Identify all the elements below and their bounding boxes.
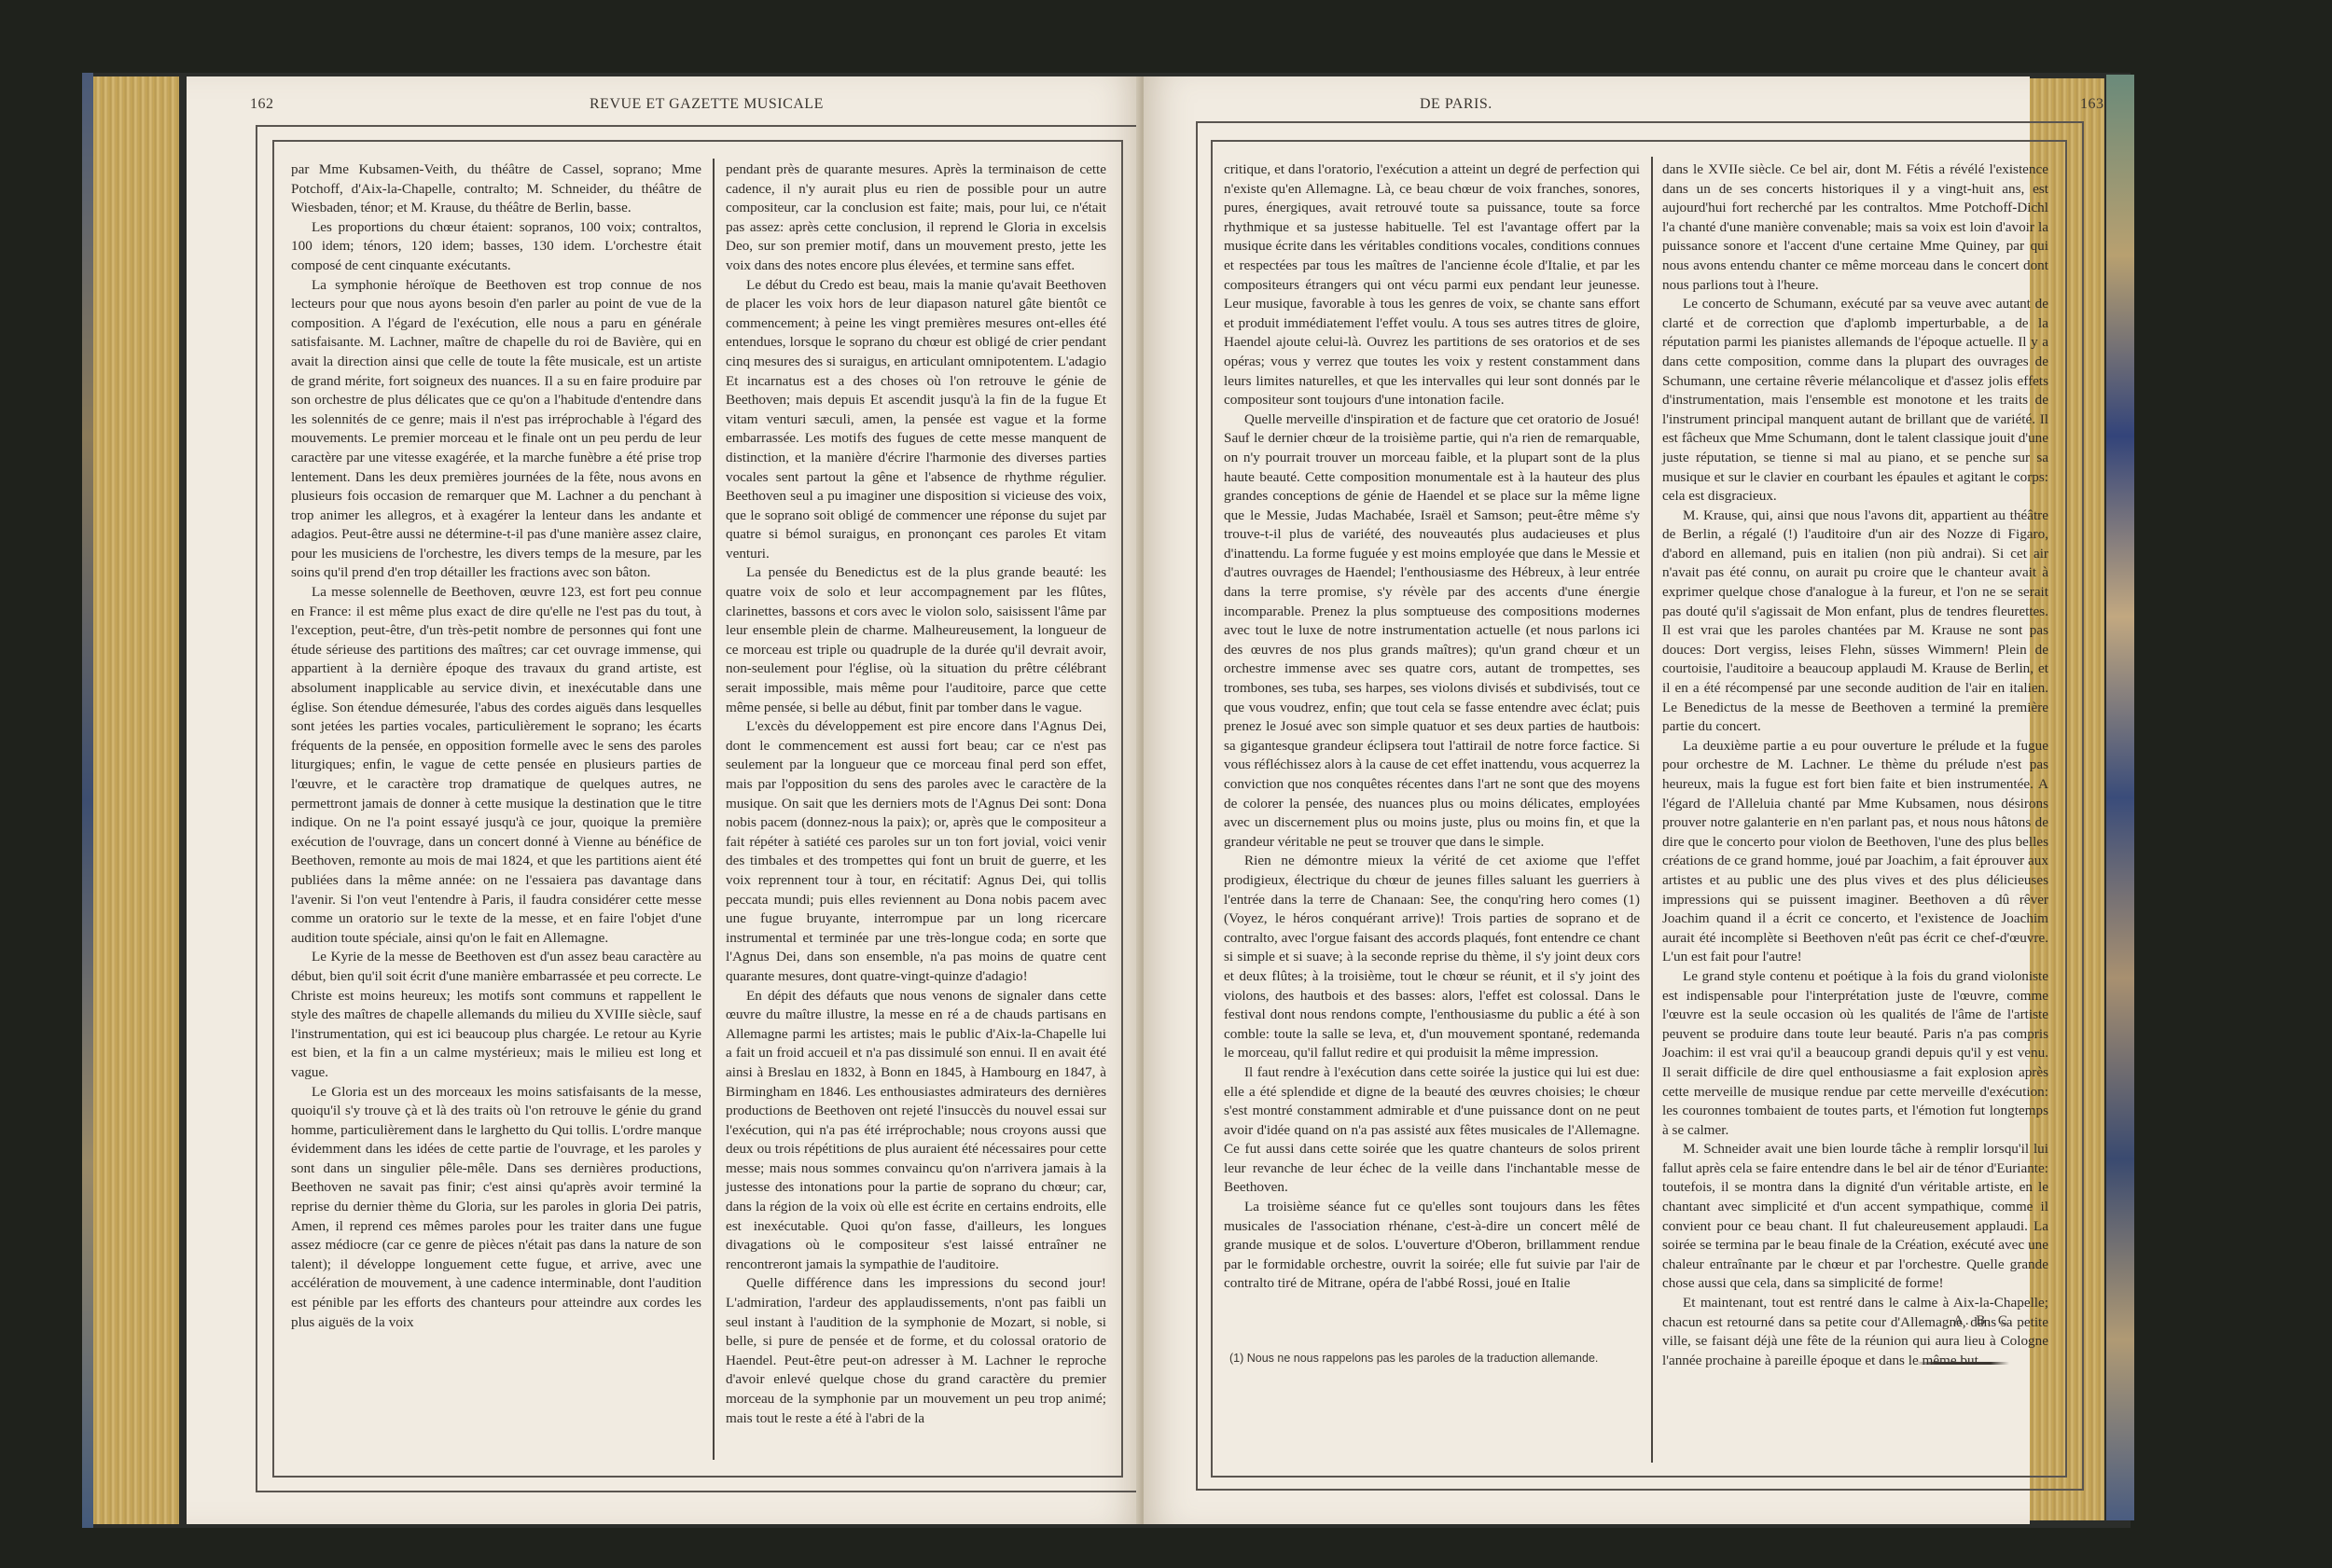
paragraph: En dépit des défauts que nous venons de … [726, 987, 1106, 1275]
right-page-column-1: critique, et dans l'oratorio, l'exécutio… [1224, 160, 1640, 1294]
paragraph: La troisième séance fut ce qu'elles sont… [1224, 1198, 1640, 1294]
paragraph: Quelle merveille d'inspiration et de fac… [1224, 410, 1640, 853]
paragraph: M. Schneider avait une bien lourde tâche… [1662, 1140, 2048, 1294]
paragraph: La deuxième partie a eu pour ouverture l… [1662, 737, 2048, 967]
paragraph: Les proportions du chœur étaient: sopran… [291, 218, 701, 276]
author-signature: A. B. C. [1953, 1313, 2015, 1329]
footnote: (1) Nous ne nous rappelons pas les parol… [1229, 1352, 1598, 1365]
paragraph: L'excès du développement est pire encore… [726, 717, 1106, 986]
paragraph: Le concerto de Schumann, exécuté par sa … [1662, 295, 2048, 506]
left-page-column-1: par Mme Kubsamen-Veith, du théâtre de Ca… [291, 160, 701, 1332]
left-page-column-2: pendant près de quarante mesures. Après … [726, 160, 1106, 1428]
paragraph: Il faut rendre à l'exécution dans cette … [1224, 1063, 1640, 1198]
paragraph: Le début du Credo est beau, mais la mani… [726, 276, 1106, 564]
paragraph: dans le XVIIe siècle. Ce bel air, dont M… [1662, 160, 2048, 295]
marbled-cover-right [2106, 75, 2134, 1520]
paragraph: Quelle différence dans les impressions d… [726, 1274, 1106, 1428]
paragraph: Rien ne démontre mieux la vérité de cet … [1224, 852, 1640, 1063]
paragraph: La pensée du Benedictus est de la plus g… [726, 563, 1106, 717]
marbled-cover-left [82, 73, 93, 1528]
running-head-right: DE PARIS. [1420, 96, 1492, 113]
paragraph: Le Gloria est un des morceaux les moins … [291, 1083, 701, 1333]
paragraph: M. Krause, qui, ainsi que nous l'avons d… [1662, 506, 2048, 737]
paragraph: Le Kyrie de la messe de Beethoven est d'… [291, 948, 701, 1082]
column-rule-left [713, 159, 715, 1460]
paragraph: critique, et dans l'oratorio, l'exécutio… [1224, 160, 1640, 410]
page-number-right: 163 [2080, 96, 2104, 113]
page-number-left: 162 [250, 96, 274, 113]
paragraph: Le grand style contenu et poétique à la … [1662, 967, 2048, 1140]
paragraph: pendant près de quarante mesures. Après … [726, 160, 1106, 276]
paragraph: La symphonie héroïque de Beethoven est t… [291, 276, 701, 584]
column-rule-right [1651, 157, 1653, 1463]
gilt-page-edges-left [93, 76, 179, 1524]
paragraph: Et maintenant, tout est rentré dans le c… [1662, 1294, 2048, 1370]
paragraph: La messe solennelle de Beethoven, œuvre … [291, 583, 701, 948]
right-page-column-2: dans le XVIIe siècle. Ce bel air, dont M… [1662, 160, 2048, 1370]
paragraph: par Mme Kubsamen-Veith, du théâtre de Ca… [291, 160, 701, 218]
running-head-left: REVUE ET GAZETTE MUSICALE [590, 96, 824, 113]
end-flourish [1916, 1362, 2009, 1365]
